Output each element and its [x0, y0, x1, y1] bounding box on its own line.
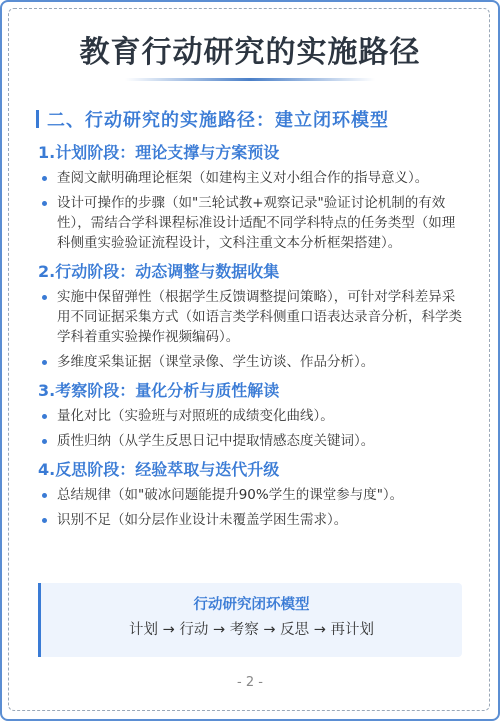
bullet-icon	[42, 414, 47, 419]
phase-reflect: 4.反思阶段：经验萃取与迭代升级 总结规律（如"破冰问题能提升90%学生的课堂参…	[38, 459, 468, 530]
phase-title: 1.计划阶段：理论支撑与方案预设	[38, 142, 468, 164]
bullet-icon	[42, 295, 47, 300]
phase-plan: 1.计划阶段：理论支撑与方案预设 查阅文献明确理论框架（如建构主义对小组合作的指…	[38, 142, 468, 253]
page-title: 教育行动研究的实施路径	[0, 27, 500, 71]
phase-action: 2.行动阶段：动态调整与数据收集 实施中保留弹性（根据学生反馈调整提问策略），可…	[38, 261, 468, 372]
phase-list: 总结规律（如"破冰问题能提升90%学生的课堂参与度"）。 识别不足（如分层作业设…	[38, 485, 468, 530]
page-number: - 2 -	[0, 675, 500, 690]
phase-list: 查阅文献明确理论框架（如建构主义对小组合作的指导意义）。 设计可操作的步骤（如"…	[38, 168, 468, 253]
phase-list: 实施中保留弹性（根据学生反馈调整提问策略），可针对学科差异采用不同证据采集方式（…	[38, 287, 468, 372]
section-title: 二、行动研究的实施路径：建立闭环模型	[47, 106, 389, 132]
title-underline	[125, 78, 375, 81]
phase-observe: 3.考察阶段：量化分析与质性解读 量化对比（实验班与对照班的成绩变化曲线）。 质…	[38, 380, 468, 451]
list-item: 总结规律（如"破冰问题能提升90%学生的课堂参与度"）。	[38, 485, 468, 505]
list-item: 量化对比（实验班与对照班的成绩变化曲线）。	[38, 406, 468, 426]
bullet-icon	[42, 201, 47, 206]
list-item: 设计可操作的步骤（如"三轮试教+观察记录"验证讨论机制的有效性），需结合学科课程…	[38, 193, 468, 253]
callout-title: 行动研究闭环模型	[41, 595, 462, 615]
callout-flow: 计划 → 行动 → 考察 → 反思 → 再计划	[41, 619, 462, 641]
bullet-icon	[42, 176, 47, 181]
section-heading: 二、行动研究的实施路径：建立闭环模型	[36, 106, 389, 132]
phase-title: 2.行动阶段：动态调整与数据收集	[38, 261, 468, 283]
list-item: 质性归纳（从学生反思日记中提取情感态度关键词）。	[38, 431, 468, 451]
bullet-icon	[42, 360, 47, 365]
bullet-icon	[42, 518, 47, 523]
phases-content: 1.计划阶段：理论支撑与方案预设 查阅文献明确理论框架（如建构主义对小组合作的指…	[38, 142, 468, 538]
bullet-icon	[42, 439, 47, 444]
section-bar-icon	[36, 110, 39, 128]
model-callout: 行动研究闭环模型 计划 → 行动 → 考察 → 反思 → 再计划	[38, 583, 462, 657]
phase-title: 3.考察阶段：量化分析与质性解读	[38, 380, 468, 402]
list-item: 多维度采集证据（课堂录像、学生访谈、作品分析）。	[38, 352, 468, 372]
list-item: 识别不足（如分层作业设计未覆盖学困生需求）。	[38, 510, 468, 530]
phase-list: 量化对比（实验班与对照班的成绩变化曲线）。 质性归纳（从学生反思日记中提取情感态…	[38, 406, 468, 451]
list-item: 查阅文献明确理论框架（如建构主义对小组合作的指导意义）。	[38, 168, 468, 188]
phase-title: 4.反思阶段：经验萃取与迭代升级	[38, 459, 468, 481]
list-item: 实施中保留弹性（根据学生反馈调整提问策略），可针对学科差异采用不同证据采集方式（…	[38, 287, 468, 347]
bullet-icon	[42, 493, 47, 498]
